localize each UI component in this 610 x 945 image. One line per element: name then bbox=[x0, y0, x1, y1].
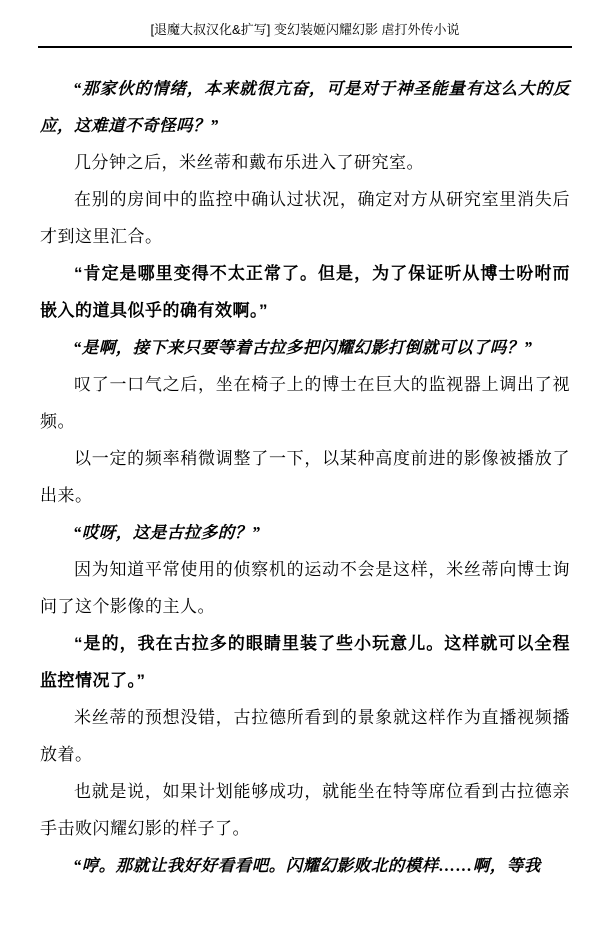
paragraph: “是啊，接下来只要等着古拉多把闪耀幻影打倒就可以了吗？” bbox=[40, 329, 570, 366]
paragraph: “哼。那就让我好好看看吧。闪耀幻影败北的模样……啊，等我 bbox=[40, 847, 570, 884]
paragraph: 也就是说，如果计划能够成功，就能坐在特等席位看到古拉德亲手击败闪耀幻影的样子了。 bbox=[40, 773, 570, 847]
novel-page: [退魔大叔汉化&扩写] 变幻装姬闪耀幻影 虐打外传小说 “那家伙的情绪，本来就很… bbox=[0, 0, 610, 945]
paragraph: 以一定的频率稍微调整了一下，以某种高度前进的影像被播放了出来。 bbox=[40, 440, 570, 514]
paragraph: “肯定是哪里变得不太正常了。但是，为了保证听从博士吩咐而嵌入的道具似乎的确有效啊… bbox=[40, 255, 570, 329]
paragraph: 叹了一口气之后，坐在椅子上的博士在巨大的监视器上调出了视频。 bbox=[40, 366, 570, 440]
paragraph: 在别的房间中的监控中确认过状况，确定对方从研究室里消失后才到这里汇合。 bbox=[40, 181, 570, 255]
paragraph: 几分钟之后，米丝蒂和戴布乐进入了研究室。 bbox=[40, 144, 570, 181]
paragraph: “是的，我在古拉多的眼睛里装了些小玩意儿。这样就可以全程监控情况了。” bbox=[40, 625, 570, 699]
paragraph: “哎呀，这是古拉多的？” bbox=[40, 514, 570, 551]
paragraph: 米丝蒂的预想没错，古拉德所看到的景象就这样作为直播视频播放着。 bbox=[40, 699, 570, 773]
page-header-title: [退魔大叔汉化&扩写] 变幻装姬闪耀幻影 虐打外传小说 bbox=[38, 21, 572, 38]
paragraph: “那家伙的情绪，本来就很亢奋，可是对于神圣能量有这么大的反应，这难道不奇怪吗？” bbox=[40, 70, 570, 144]
document-body: “那家伙的情绪，本来就很亢奋，可是对于神圣能量有这么大的反应，这难道不奇怪吗？”… bbox=[0, 48, 610, 884]
page-header: [退魔大叔汉化&扩写] 变幻装姬闪耀幻影 虐打外传小说 bbox=[0, 0, 610, 48]
paragraph: 因为知道平常使用的侦察机的运动不会是这样，米丝蒂向博士询问了这个影像的主人。 bbox=[40, 551, 570, 625]
